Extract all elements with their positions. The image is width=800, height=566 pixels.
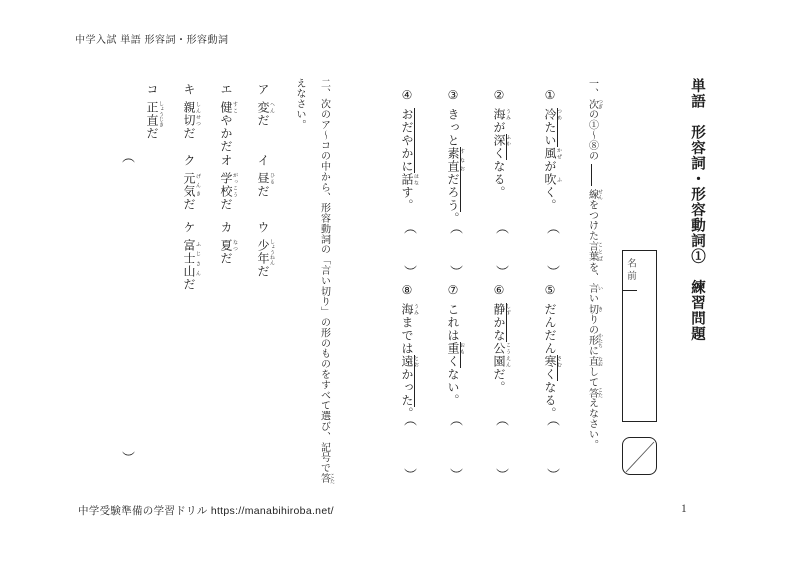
answer-paren-open: （ bbox=[120, 150, 135, 163]
answer-paren-close: ） bbox=[402, 468, 417, 481]
underlined-text: 遠とおかった bbox=[400, 355, 415, 407]
question-number: ① bbox=[543, 88, 557, 103]
ruby-text: 次つぎ bbox=[587, 99, 598, 109]
ruby-text: 線せん bbox=[587, 189, 598, 199]
ruby-text: 夏なつ bbox=[219, 239, 233, 252]
footer-site: 中学受験準備の学習ドリル https://manabihiroba.net/ bbox=[78, 503, 334, 518]
option-key: ク bbox=[182, 154, 196, 167]
worksheet-page: 中学入試 単語 形容詞・形容動詞 単語 形容詞・形容動詞① 練習問題 名前 一、… bbox=[0, 0, 800, 566]
underlined-text: おだやかに bbox=[400, 108, 415, 173]
ruby-text: 風かぜ bbox=[543, 147, 557, 160]
ruby-text: 重おも bbox=[446, 342, 460, 355]
ruby-text: 昼ひる bbox=[256, 172, 270, 185]
ruby-text: 切き bbox=[587, 304, 598, 314]
ruby-text: 話はな bbox=[400, 173, 414, 186]
ruby-text: 形かたち bbox=[587, 335, 598, 346]
question-number: ③ bbox=[446, 88, 460, 103]
answer-blank-item-5: （） bbox=[535, 413, 559, 481]
ruby-text: 冷つめ bbox=[543, 108, 557, 121]
option-key: エ bbox=[219, 83, 233, 96]
answer-paren-open: （ bbox=[494, 413, 509, 426]
answer-paren-open: （ bbox=[448, 221, 463, 234]
page-number: 1 bbox=[681, 503, 687, 515]
option-key: コ bbox=[145, 83, 159, 96]
spacer bbox=[453, 103, 454, 108]
question-item-8: ⑧海うみまでは遠とおかった。 bbox=[390, 283, 418, 420]
answer-blank-space bbox=[501, 234, 502, 265]
section2-instruction-line2: えなさい。 bbox=[280, 78, 304, 130]
question-number: ⑧ bbox=[400, 283, 414, 298]
question-item-6: ⑥静しずかな公園こうえんだ。 bbox=[482, 283, 510, 394]
question-number: ⑦ bbox=[446, 283, 460, 298]
answer-paren-close: ） bbox=[448, 468, 463, 481]
underlined-text: 静しずかな bbox=[492, 303, 507, 342]
question-item-1: ①冷つめたい風かぜが吹ふく。 bbox=[533, 88, 561, 212]
ruby-text: 少年しょうねん bbox=[256, 239, 270, 265]
ruby-text: 元気げんき bbox=[182, 172, 196, 198]
answer-paren-open: （ bbox=[448, 413, 463, 426]
score-box bbox=[622, 437, 657, 475]
option-key: カ bbox=[219, 221, 233, 234]
diagonal-line-icon bbox=[623, 438, 657, 475]
question-item-7: ⑦これは重おもくない。 bbox=[436, 283, 464, 407]
option-item-ア: ア変へんだ bbox=[246, 83, 274, 127]
question-number: ② bbox=[492, 88, 506, 103]
option-key: ウ bbox=[256, 221, 270, 234]
ruby-text: 親切しんせつ bbox=[182, 101, 196, 127]
question-number: ⑥ bbox=[492, 283, 506, 298]
question-item-5: ⑤だんだん寒さむくなる。 bbox=[533, 283, 561, 420]
option-item-カ: カ夏なつだ bbox=[209, 221, 237, 265]
ruby-text: 遠とお bbox=[400, 355, 414, 368]
ruby-text: 答こた bbox=[319, 473, 330, 483]
answer-paren-close: ） bbox=[448, 265, 463, 278]
answer-blank-space bbox=[409, 234, 410, 265]
question-item-3: ③きっと素直すなおだろう。 bbox=[436, 88, 464, 225]
answer-paren-open: （ bbox=[402, 221, 417, 234]
answer-paren-close: ） bbox=[120, 451, 135, 464]
option-item-コ: コ正直しょうじきだ bbox=[135, 83, 163, 140]
option-key: ケ bbox=[182, 221, 196, 234]
ruby-text: 学校がっこう bbox=[219, 172, 233, 198]
page-title: 単語 形容詞・形容動詞① 練習問題 bbox=[670, 78, 704, 342]
option-item-イ: イ昼ひるだ bbox=[246, 154, 274, 198]
answer-blank-item-2: （） bbox=[484, 221, 508, 278]
ruby-text: 健すこ bbox=[219, 101, 233, 114]
ruby-text: 寒さむ bbox=[543, 355, 557, 368]
option-key: オ bbox=[219, 154, 233, 167]
ruby-text: 静しず bbox=[492, 303, 506, 316]
question-number: ④ bbox=[400, 88, 414, 103]
ruby-text: 言い bbox=[587, 283, 598, 293]
option-item-ウ: ウ少年しょうねんだ bbox=[246, 221, 274, 278]
option-key: ア bbox=[256, 83, 270, 96]
section1-instruction: 一、次つぎの①〜⑧の線せんをつけた言葉ことばを、言いい切きりの形かたちに直なおし… bbox=[568, 78, 602, 450]
ruby-text: 海うみ bbox=[492, 108, 506, 121]
answer-blank-item-3: （） bbox=[438, 221, 462, 278]
answer-paren-open: （ bbox=[545, 221, 560, 234]
answer-paren-close: ） bbox=[545, 468, 560, 481]
answer-paren-close: ） bbox=[494, 265, 509, 278]
section2-answer-paren: （） bbox=[110, 150, 134, 464]
question-item-4: ④おだやかに話はなす。 bbox=[390, 88, 418, 212]
answer-paren-open: （ bbox=[494, 221, 509, 234]
answer-paren-close: ） bbox=[545, 265, 560, 278]
option-key: キ bbox=[182, 83, 196, 96]
ruby-text: 言葉ことば bbox=[587, 241, 598, 262]
ruby-text: 答こた bbox=[587, 388, 598, 398]
ruby-text: 富士山ふじさん bbox=[182, 239, 196, 278]
option-item-キ: キ親切しんせつだ bbox=[172, 83, 200, 140]
answer-blank-item-6: （） bbox=[484, 413, 508, 481]
answer-blank-space bbox=[552, 234, 553, 265]
name-input-area bbox=[623, 291, 656, 421]
answer-blank-space bbox=[552, 426, 553, 468]
answer-paren-close: ） bbox=[494, 468, 509, 481]
answer-blank-space bbox=[127, 163, 128, 451]
answer-blank-space bbox=[501, 426, 502, 468]
answer-blank-space bbox=[455, 234, 456, 265]
ruby-text: 深ふか bbox=[492, 134, 506, 147]
option-item-ク: ク元気げんきだ bbox=[172, 154, 200, 211]
option-item-オ: オ学校がっこうだ bbox=[209, 154, 237, 211]
option-key: イ bbox=[256, 154, 270, 167]
answer-blank-space bbox=[409, 426, 410, 468]
answer-blank-space bbox=[455, 426, 456, 468]
answer-paren-open: （ bbox=[402, 413, 417, 426]
underlined-text: 寒さむく bbox=[543, 355, 558, 381]
option-item-エ: エ健すこやかだ bbox=[209, 83, 237, 153]
underlined-text: 素直すなおだろう bbox=[446, 147, 461, 212]
question-number: ⑤ bbox=[543, 283, 557, 298]
answer-blank-item-7: （） bbox=[438, 413, 462, 481]
spacer bbox=[453, 298, 454, 303]
ruby-text: 直なお bbox=[587, 356, 598, 366]
ruby-text: 吹ふ bbox=[543, 173, 557, 186]
underlined-text: 冷つめたい bbox=[543, 108, 558, 147]
answer-blank-item-8: （） bbox=[392, 413, 416, 481]
ruby-text: 変へん bbox=[256, 101, 270, 114]
page-header: 中学入試 単語 形容詞・形容動詞 bbox=[75, 31, 229, 46]
name-label: 名前 bbox=[623, 251, 637, 291]
underlined-text: 重おもく bbox=[446, 342, 461, 368]
answer-blank-item-1: （） bbox=[535, 221, 559, 278]
answer-paren-close: ） bbox=[402, 265, 417, 278]
underline-dash-glyph bbox=[591, 164, 592, 186]
underlined-text: 深ふかく bbox=[492, 134, 507, 160]
ruby-text: 海うみ bbox=[400, 303, 414, 316]
section2-instruction-line1: 二、次のア〜コの中から、形容動詞の「言い切り」の形のものをすべて選び、記号で答こ… bbox=[304, 78, 334, 484]
answer-blank-item-4: （） bbox=[392, 221, 416, 278]
ruby-text: 素直すなお bbox=[446, 147, 460, 173]
name-box: 名前 bbox=[622, 250, 657, 422]
option-item-ケ: ケ富士山ふじさんだ bbox=[172, 221, 200, 291]
ruby-text: 公園こうえん bbox=[492, 342, 506, 368]
answer-paren-open: （ bbox=[545, 413, 560, 426]
question-item-2: ②海うみが深ふかくなる。 bbox=[482, 88, 510, 199]
spacer bbox=[550, 298, 551, 303]
ruby-text: 正直しょうじき bbox=[145, 101, 159, 127]
